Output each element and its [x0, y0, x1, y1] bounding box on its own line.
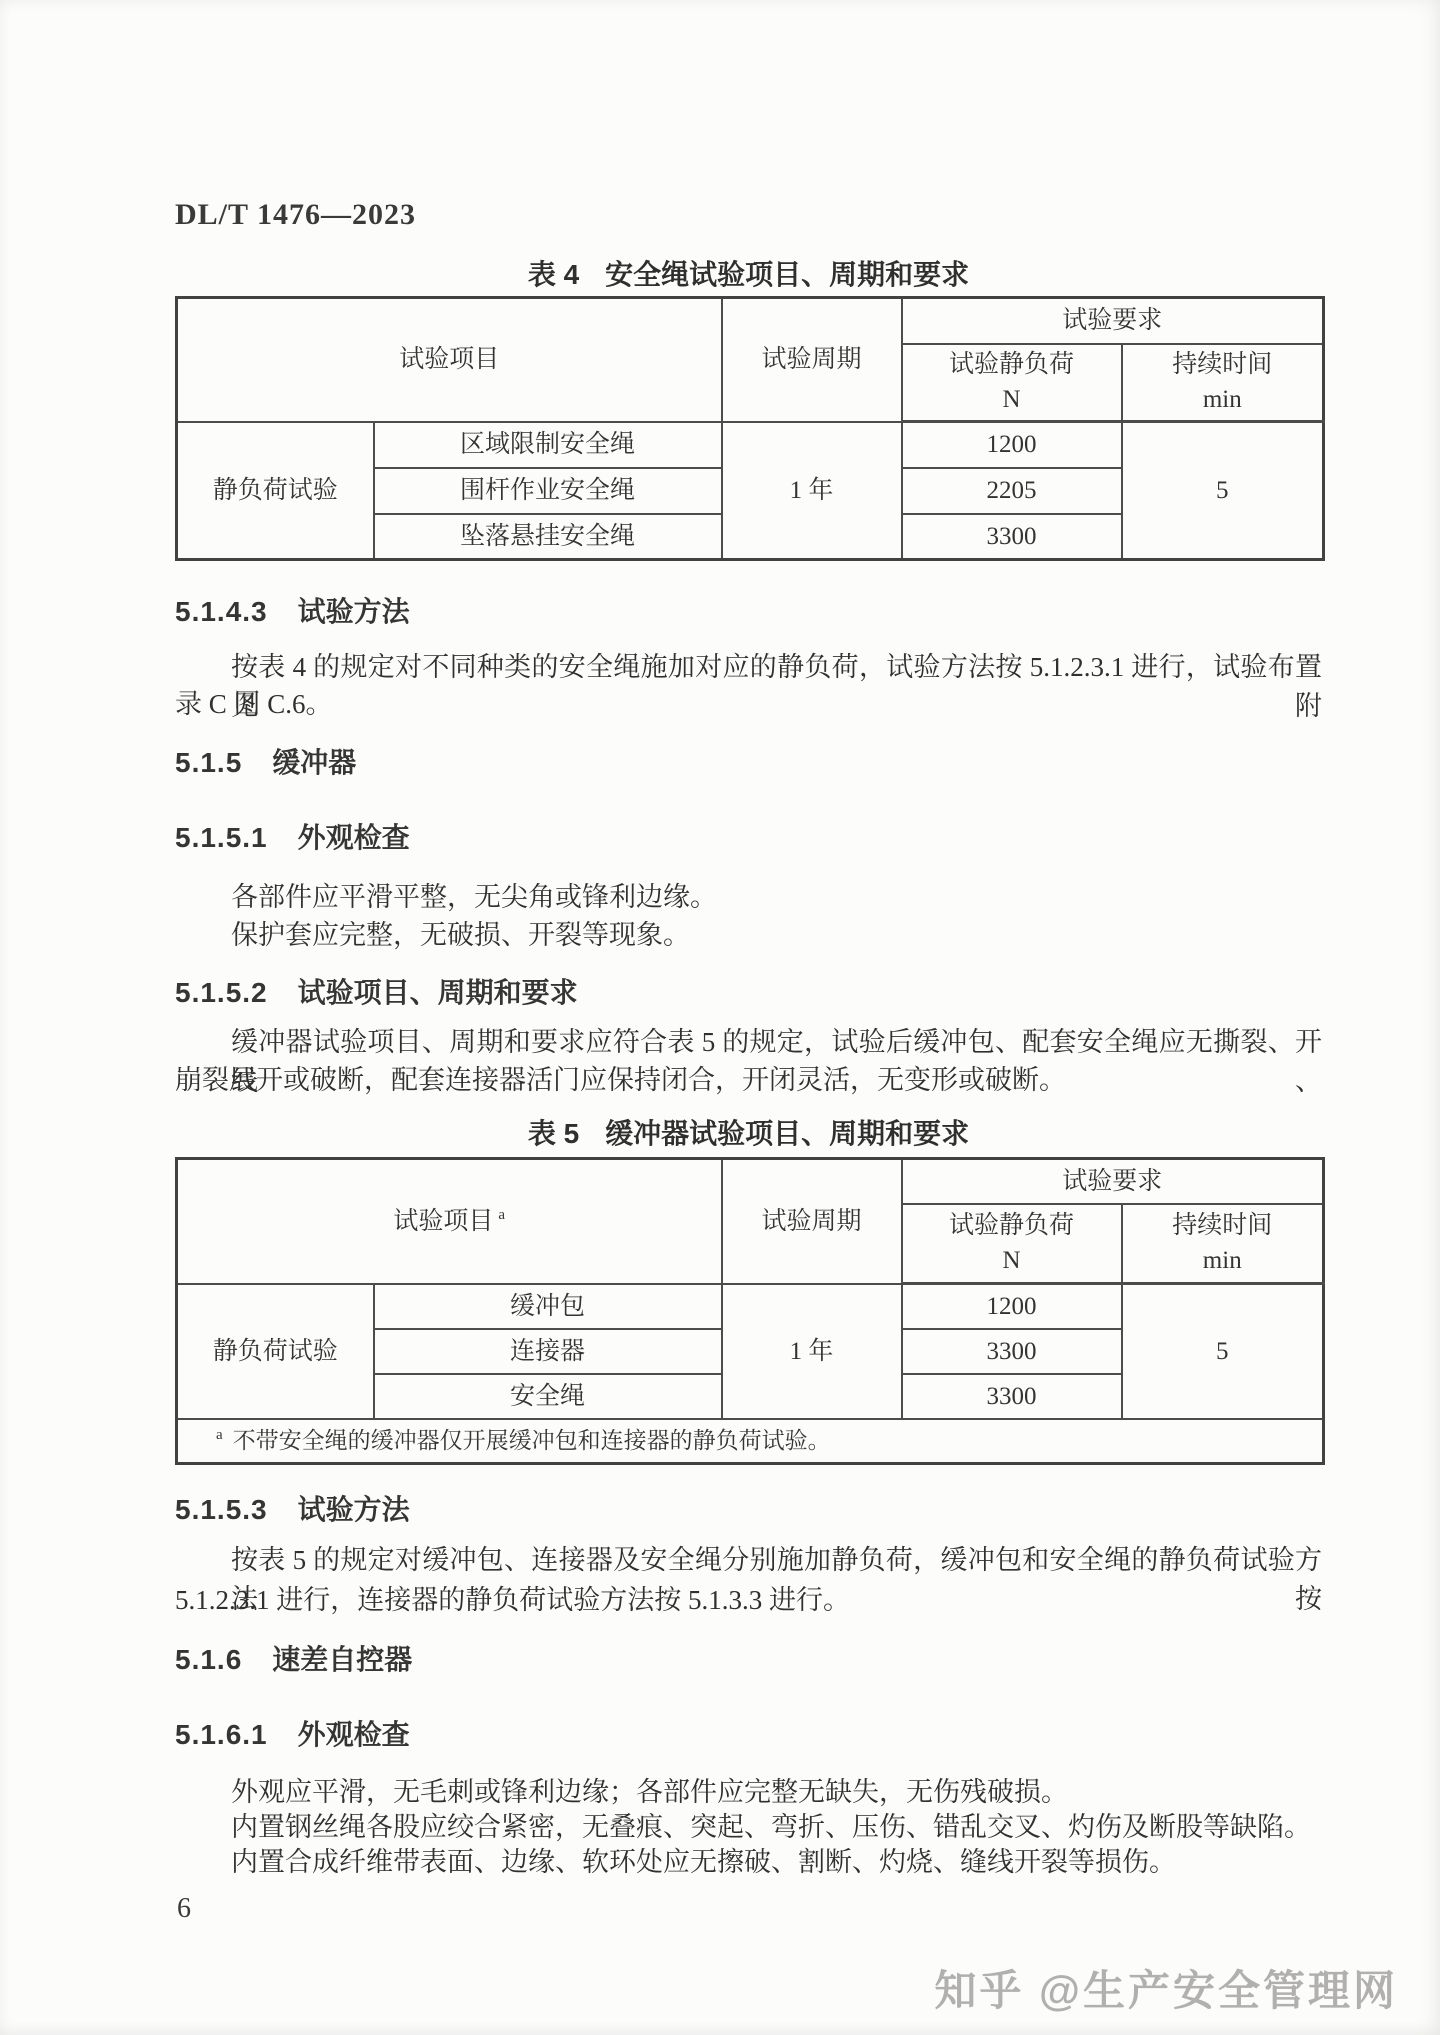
table5-label: 表 5: [528, 1118, 579, 1149]
section-title: 缓冲器: [272, 747, 356, 778]
table5-title: 表 5缓冲器试验项目、周期和要求: [175, 1112, 1322, 1152]
table5-footnote-text: 不带安全绳的缓冲器仅开展缓冲包和连接器的静负荷试验。: [233, 1428, 831, 1453]
table5-item-cell: 连接器: [374, 1329, 722, 1374]
paragraph-line: 各部件应平滑平整，无尖角或锋利边缘。: [231, 875, 717, 914]
section-number: 5.1.5.1: [175, 822, 268, 853]
table4-header-requirement: 试验要求: [902, 298, 1324, 344]
table4-header-duration-unit: min: [1129, 382, 1317, 417]
section-number: 5.1.5.3: [175, 1494, 268, 1525]
section-title: 外观检查: [298, 822, 410, 853]
section-heading-5-1-5: 5.1.5缓冲器: [175, 741, 356, 781]
section-title: 试验项目、周期和要求: [298, 977, 578, 1008]
paragraph-line: 内置合成纤维带表面、边缘、软环处应无擦破、割断、灼烧、缝线开裂等损伤。: [231, 1840, 1176, 1879]
section-heading-5-1-5-1: 5.1.5.1外观检查: [175, 816, 410, 856]
table5-load-cell: 3300: [902, 1374, 1122, 1419]
section-heading-5-1-4-3: 5.1.4.3试验方法: [175, 590, 410, 630]
table5-duration-cell: 5: [1122, 1284, 1324, 1419]
section-number: 5.1.6.1: [175, 1719, 268, 1750]
table5-header-item-label: 试验项目: [393, 1208, 493, 1235]
table4-title-text: 安全绳试验项目、周期和要求: [605, 259, 969, 290]
table5-header-period: 试验周期: [722, 1159, 902, 1284]
table5-footnote-row: a不带安全绳的缓冲器仅开展缓冲包和连接器的静负荷试验。: [177, 1419, 1324, 1464]
table4-header-static-load-label: 试验静负荷: [949, 351, 1074, 378]
section-number: 5.1.5.2: [175, 977, 268, 1008]
table4-header-static-load-unit: N: [909, 382, 1115, 417]
table4-header-item: 试验项目: [177, 298, 722, 422]
section-heading-5-1-5-3: 5.1.5.3试验方法: [175, 1488, 410, 1528]
paragraph-line: 崩裂展开或破断，配套连接器活门应保持闭合，开闭灵活，无变形或破断。: [175, 1058, 1066, 1097]
table4-load-cell: 3300: [902, 514, 1122, 560]
table4-label: 表 4: [528, 259, 579, 290]
standard-number: DL/T 1476—2023: [175, 198, 416, 232]
watermark: 知乎 @生产安全管理网: [934, 1958, 1398, 2018]
section-title: 试验方法: [298, 596, 410, 627]
table5-group-cell: 静负荷试验: [177, 1284, 374, 1419]
table5-footnote-mark: a: [216, 1427, 223, 1443]
table4-group-cell: 静负荷试验: [177, 422, 374, 560]
table5-header-duration-label: 持续时间: [1172, 1212, 1272, 1239]
table4-duration-cell: 5: [1122, 422, 1324, 560]
table5-header-duration-unit: min: [1129, 1243, 1317, 1278]
table4-header-static-load: 试验静负荷N: [902, 344, 1122, 422]
section-title: 速差自控器: [272, 1644, 412, 1675]
section-heading-5-1-6: 5.1.6速差自控器: [175, 1638, 412, 1678]
table5-header-static-load-label: 试验静负荷: [949, 1212, 1074, 1239]
section-title: 试验方法: [298, 1494, 410, 1525]
paragraph-line: 内置钢丝绳各股应绞合紧密，无叠痕、突起、弯折、压伤、错乱交叉、灼伤及断股等缺陷。: [231, 1805, 1311, 1844]
table4-item-cell: 区域限制安全绳: [374, 422, 722, 468]
table4-item-cell: 围杆作业安全绳: [374, 468, 722, 514]
table5-row: 静负荷试验 缓冲包 1 年 1200 5: [177, 1284, 1324, 1329]
table5-header-duration: 持续时间min: [1122, 1204, 1324, 1284]
table5-title-text: 缓冲器试验项目、周期和要求: [605, 1118, 969, 1149]
table5-period-cell: 1 年: [722, 1284, 902, 1419]
table4-load-cell: 2205: [902, 468, 1122, 514]
table4: 试验项目 试验周期 试验要求 试验静负荷N 持续时间min 静负荷试验 区域限制…: [175, 296, 1325, 561]
paragraph-line: 按表 4 的规定对不同种类的安全绳施加对应的静负荷，试验方法按 5.1.2.3.…: [231, 645, 1322, 723]
document-page: DL/T 1476—2023 表 4安全绳试验项目、周期和要求 试验项目 试验周…: [0, 0, 1440, 2035]
paragraph-line: 5.1.2.3.1 进行，连接器的静负荷试验方法按 5.1.3.3 进行。: [175, 1578, 850, 1617]
section-number: 5.1.5: [175, 747, 242, 778]
table4-header-period: 试验周期: [722, 298, 902, 422]
table5-load-cell: 1200: [902, 1284, 1122, 1329]
table5: 试验项目a 试验周期 试验要求 试验静负荷N 持续时间min 静负荷试验 缓冲包…: [175, 1157, 1325, 1465]
section-title: 外观检查: [298, 1719, 410, 1750]
table5-header-static-load: 试验静负荷N: [902, 1204, 1122, 1284]
section-heading-5-1-5-2: 5.1.5.2试验项目、周期和要求: [175, 971, 578, 1011]
table5-header-requirement: 试验要求: [902, 1159, 1324, 1204]
table4-header-duration: 持续时间min: [1122, 344, 1324, 422]
table5-item-cell: 安全绳: [374, 1374, 722, 1419]
table5-header-item: 试验项目a: [177, 1159, 722, 1284]
table5-footnote: a不带安全绳的缓冲器仅开展缓冲包和连接器的静负荷试验。: [177, 1419, 1324, 1464]
section-number: 5.1.4.3: [175, 596, 268, 627]
section-number: 5.1.6: [175, 1644, 242, 1675]
table4-period-cell: 1 年: [722, 422, 902, 560]
table5-header-item-footnote-mark: a: [498, 1207, 505, 1223]
table4-header-duration-label: 持续时间: [1172, 351, 1272, 378]
table5-header-static-load-unit: N: [909, 1243, 1115, 1278]
table4-row: 静负荷试验 区域限制安全绳 1 年 1200 5: [177, 422, 1324, 468]
paragraph-line: 录 C 图 C.6。: [175, 682, 333, 721]
table4-item-cell: 坠落悬挂安全绳: [374, 514, 722, 560]
table4-load-cell: 1200: [902, 422, 1122, 468]
section-heading-5-1-6-1: 5.1.6.1外观检查: [175, 1713, 410, 1753]
table5-load-cell: 3300: [902, 1329, 1122, 1374]
table4-title: 表 4安全绳试验项目、周期和要求: [175, 253, 1322, 293]
page-number: 6: [177, 1893, 191, 1925]
table5-item-cell: 缓冲包: [374, 1284, 722, 1329]
paragraph-line: 外观应平滑，无毛刺或锋利边缘；各部件应完整无缺失，无伤残破损。: [231, 1770, 1068, 1809]
paragraph-line: 保护套应完整，无破损、开裂等现象。: [231, 913, 690, 952]
